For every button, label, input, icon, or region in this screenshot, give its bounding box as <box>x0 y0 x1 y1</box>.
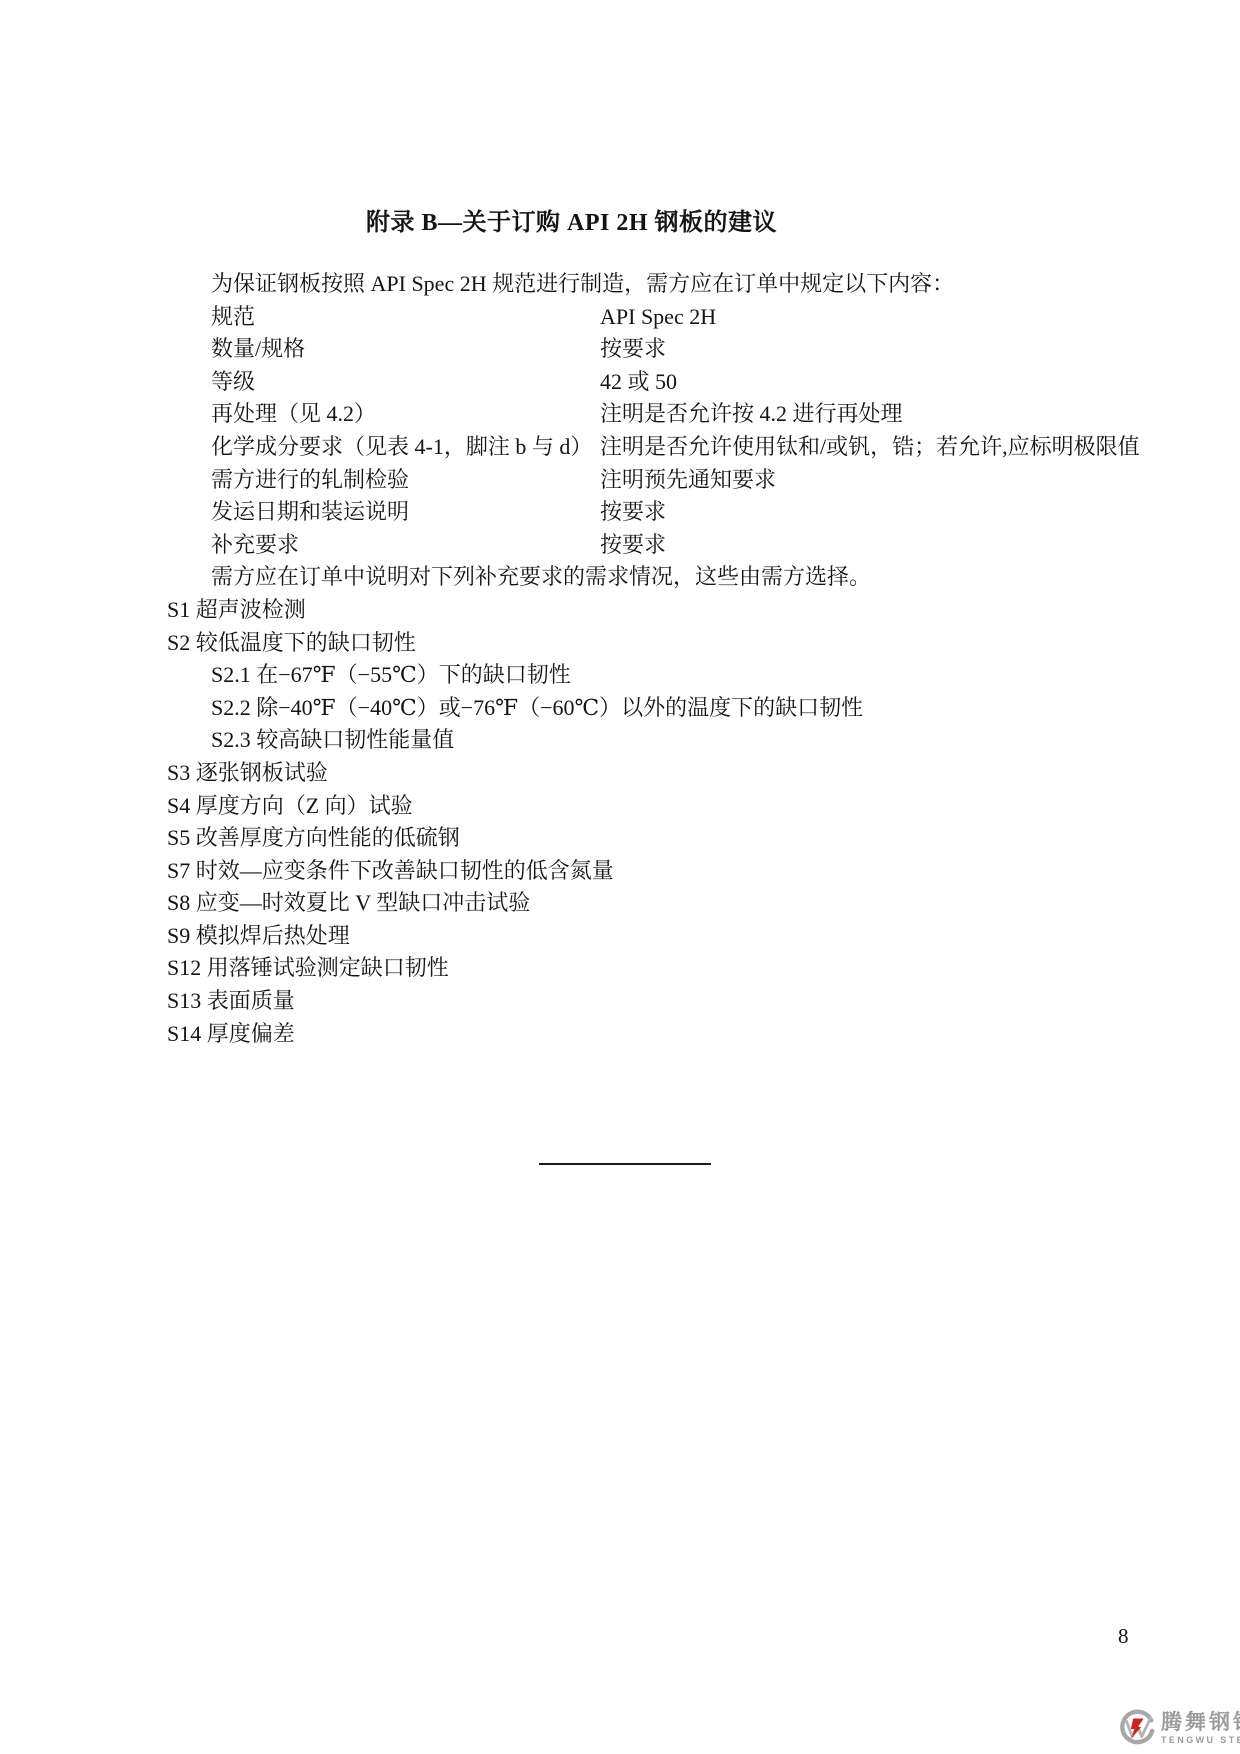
supplement-item-s2: S2 较低温度下的缺口韧性 <box>0 627 1240 660</box>
order-label: 再处理（见 4.2） <box>211 398 600 431</box>
supplement-item-s2-2: S2.2 除−40℉（−40℃）或−76℉（−60℃）以外的温度下的缺口韧性 <box>0 692 1240 725</box>
document-page: 附录 B—关于订购 API 2H 钢板的建议 为保证钢板按照 API Spec … <box>0 0 1240 1754</box>
order-label: 规范 <box>211 301 600 334</box>
tengwu-name-cn: 腾舞钢铁 <box>1161 1712 1240 1733</box>
order-row: 补充要求按要求 <box>0 529 1240 562</box>
order-row: 等级42 或 50 <box>0 366 1240 399</box>
order-row: 发运日期和装运说明按要求 <box>0 496 1240 529</box>
supplement-item-s14: S14 厚度偏差 <box>0 1018 1240 1051</box>
intro-paragraph: 为保证钢板按照 API Spec 2H 规范进行制造，需方应在订单中规定以下内容… <box>0 268 1240 301</box>
order-label: 需方进行的轧制检验 <box>211 464 600 497</box>
supplement-item-s2-1: S2.1 在−67℉（−55℃）下的缺口韧性 <box>0 659 1240 692</box>
order-row: 规范API Spec 2H <box>0 301 1240 334</box>
order-value: 42 或 50 <box>600 369 677 394</box>
order-value: 注明是否允许使用钛和/或钒，锆；若允许,应标明极限值 <box>600 434 1140 459</box>
supplement-item-s1: S1 超声波检测 <box>0 594 1240 627</box>
order-value: 按要求 <box>600 336 666 361</box>
order-label: 数量/规格 <box>211 333 600 366</box>
supplement-item-s13: S13 表面质量 <box>0 985 1240 1018</box>
order-row: 化学成分要求（见表 4-1，脚注 b 与 d）注明是否允许使用钛和/或钒，锆；若… <box>0 431 1240 464</box>
supplement-item-s7: S7 时效—应变条件下改善缺口韧性的低含氮量 <box>0 855 1240 888</box>
document-body: 为保证钢板按照 API Spec 2H 规范进行制造，需方应在订单中规定以下内容… <box>0 268 1240 1050</box>
supplement-item-s4: S4 厚度方向（Z 向）试验 <box>0 790 1240 823</box>
page-title: 附录 B—关于订购 API 2H 钢板的建议 <box>0 202 1143 237</box>
supplements-note: 需方应在订单中说明对下列补充要求的需求情况，这些由需方选择。 <box>0 561 1240 594</box>
order-value: 按要求 <box>600 499 666 524</box>
order-value: 注明是否允许按 4.2 进行再处理 <box>600 401 903 426</box>
tengwu-watermark: 腾舞钢铁 TENGWU STEEL <box>1118 1709 1240 1747</box>
footnote-divider-line <box>539 1163 711 1165</box>
supplement-item-s9: S9 模拟焊后热处理 <box>0 920 1240 953</box>
order-value: 按要求 <box>600 532 666 557</box>
order-value: API Spec 2H <box>600 304 716 329</box>
order-label: 化学成分要求（见表 4-1，脚注 b 与 d） <box>211 431 600 464</box>
order-label: 等级 <box>211 366 600 399</box>
supplement-item-s8: S8 应变—时效夏比 V 型缺口冲击试验 <box>0 887 1240 920</box>
page-number: 8 <box>1118 1624 1129 1649</box>
order-label: 发运日期和装运说明 <box>211 496 600 529</box>
order-row: 需方进行的轧制检验注明预先通知要求 <box>0 464 1240 497</box>
order-row: 再处理（见 4.2）注明是否允许按 4.2 进行再处理 <box>0 398 1240 431</box>
tengwu-logo-icon <box>1118 1709 1156 1747</box>
supplement-item-s2-3: S2.3 较高缺口韧性能量值 <box>0 724 1240 757</box>
tengwu-name-en: TENGWU STEEL <box>1161 1736 1240 1745</box>
tengwu-logo-text: 腾舞钢铁 TENGWU STEEL <box>1161 1712 1240 1745</box>
supplement-item-s5: S5 改善厚度方向性能的低硫钢 <box>0 822 1240 855</box>
supplement-item-s3: S3 逐张钢板试验 <box>0 757 1240 790</box>
order-row: 数量/规格按要求 <box>0 333 1240 366</box>
supplement-item-s12: S12 用落锤试验测定缺口韧性 <box>0 952 1240 985</box>
order-label: 补充要求 <box>211 529 600 562</box>
order-value: 注明预先通知要求 <box>600 467 776 492</box>
